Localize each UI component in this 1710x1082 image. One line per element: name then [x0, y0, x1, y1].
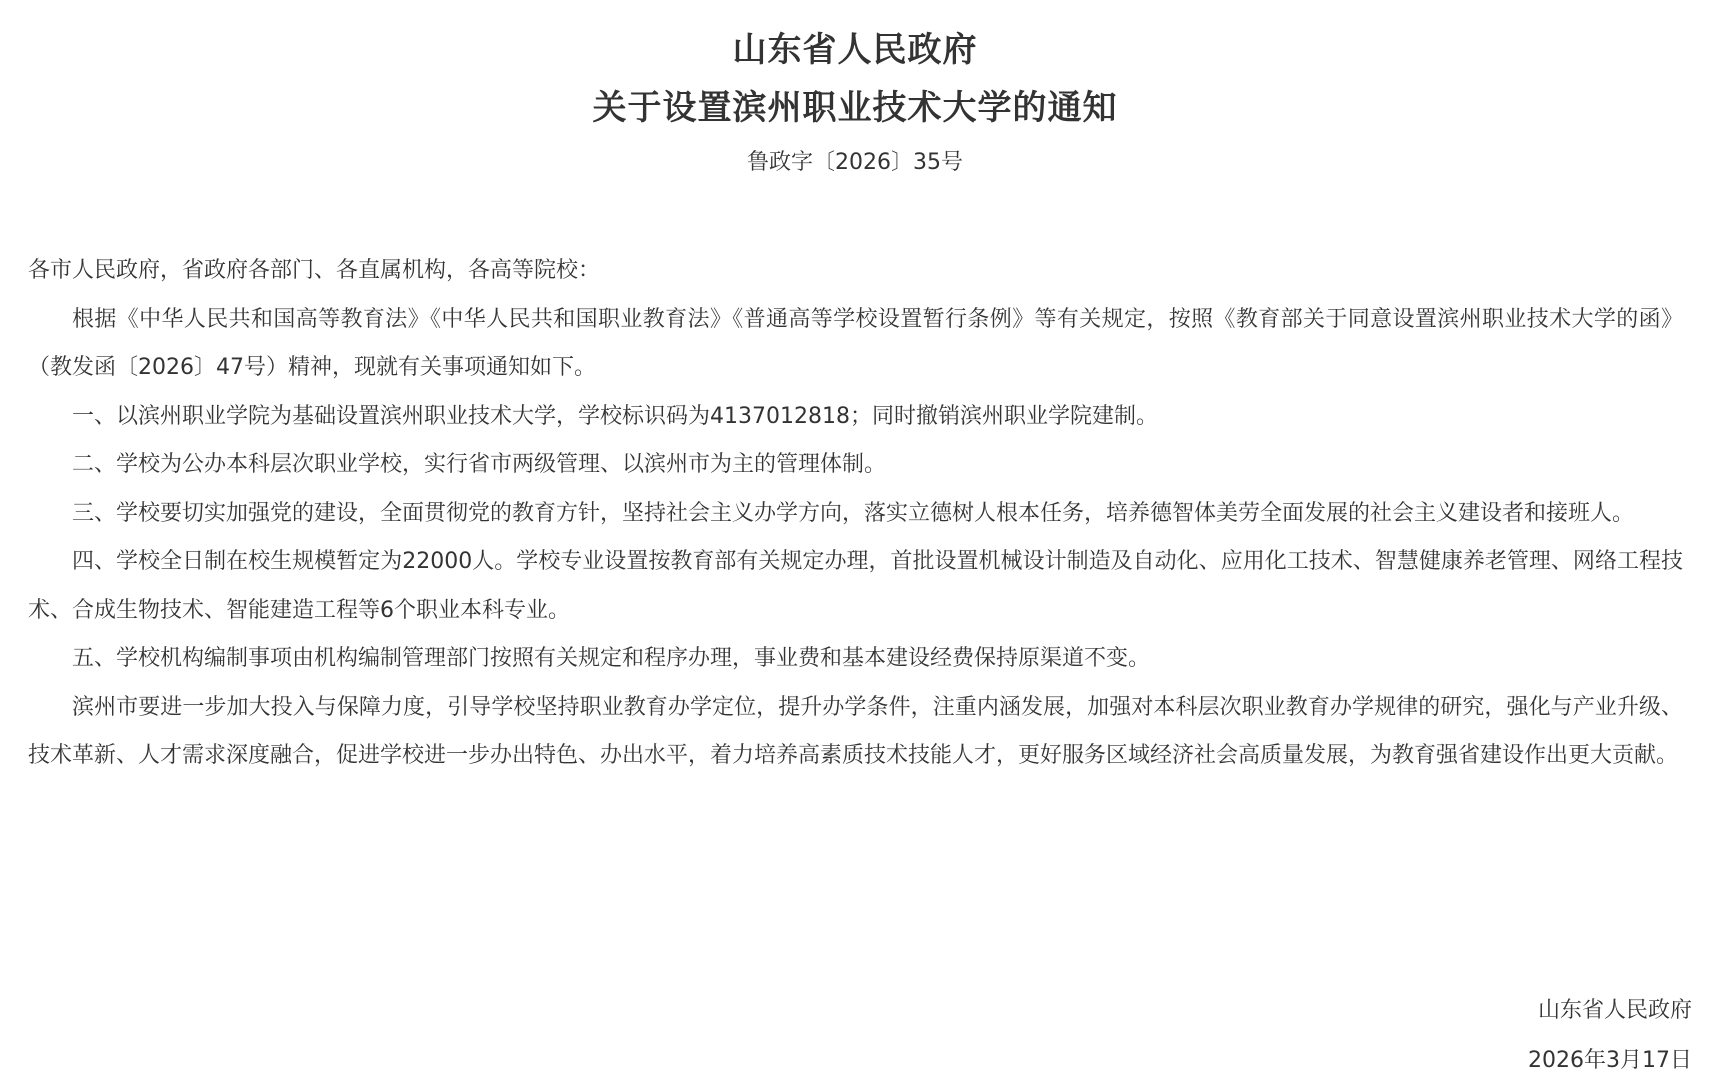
document-body: 各市人民政府，省政府各部门、各直属机构，各高等院校： 根据《中华人民共和国高等教…: [28, 247, 1683, 781]
signature-date: 2026年3月17日: [1528, 1046, 1692, 1076]
notice-document: 山东省人民政府 关于设置滨州职业技术大学的通知 鲁政字〔2026〕35号 各市人…: [0, 0, 1710, 1082]
document-title-issuer: 山东省人民政府: [0, 30, 1710, 70]
paragraph-item-1: 一、以滨州职业学院为基础设置滨州职业技术大学，学校标识码为4137012818；…: [28, 393, 1683, 442]
paragraph-item-2: 二、学校为公办本科层次职业学校，实行省市两级管理、以滨州市为主的管理体制。: [28, 441, 1683, 490]
document-title-subject: 关于设置滨州职业技术大学的通知: [0, 88, 1710, 128]
paragraph-item-3: 三、学校要切实加强党的建设，全面贯彻党的教育方针，坚持社会主义办学方向，落实立德…: [28, 490, 1683, 539]
paragraph-item-4: 四、学校全日制在校生规模暂定为22000人。学校专业设置按教育部有关规定办理，首…: [28, 538, 1683, 635]
paragraph-preamble: 根据《中华人民共和国高等教育法》《中华人民共和国职业教育法》《普通高等学校设置暂…: [28, 296, 1683, 393]
paragraph-item-5: 五、学校机构编制事项由机构编制管理部门按照有关规定和程序办理，事业费和基本建设经…: [28, 635, 1683, 684]
document-number: 鲁政字〔2026〕35号: [0, 148, 1710, 178]
signature-organization: 山东省人民政府: [1538, 996, 1692, 1026]
paragraph-closing: 滨州市要进一步加大投入与保障力度，引导学校坚持职业教育办学定位，提升办学条件，注…: [28, 684, 1683, 781]
salutation: 各市人民政府，省政府各部门、各直属机构，各高等院校：: [28, 247, 1683, 296]
